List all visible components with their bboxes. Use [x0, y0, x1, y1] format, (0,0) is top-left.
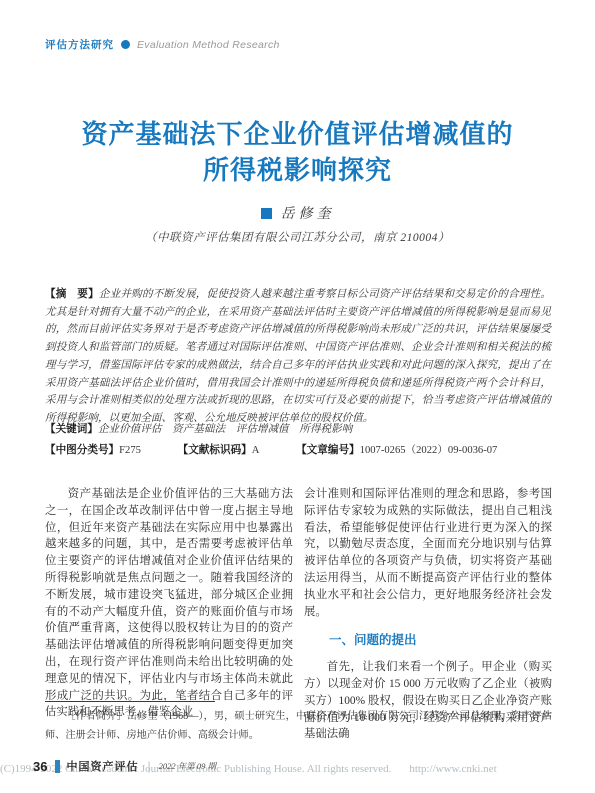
article-title: 资产基础法下企业价值评估增减值的 所得税影响探究: [0, 116, 595, 188]
left-paragraph-1: 资产基础法是企业价值评估的三大基础方法之一，在国企改革改制评估中曾一度占据主导地…: [45, 486, 293, 721]
article-id-value: 1007-0265（2022）09-0036-07: [360, 445, 498, 456]
clc-label: 【中图分类号】: [45, 444, 119, 456]
author-row: 岳修奎: [0, 203, 595, 223]
footer-bar-icon: [55, 760, 60, 773]
clc-group: 【中图分类号】F275: [45, 445, 141, 456]
article-title-line1: 资产基础法下企业价值评估增减值的: [0, 116, 595, 152]
keywords-text: 企业价值评估 资产基础法 评估增减值 所得税影响: [98, 424, 352, 435]
section-header: 评估方法研究 Evaluation Method Research: [45, 37, 280, 52]
footnote-block: ［作者简介］岳修奎（1968—），男，硕士研究生，中联资产评估集团有限公司江苏分…: [45, 701, 552, 745]
abstract-block: 【摘 要】企业并购的不断发展，促使投资人越来越注重考察目标公司资产评估结果和交易…: [45, 286, 551, 428]
body-column-left: 资产基础法是企业价值评估的三大基础方法之一，在国企改革改制评估中曾一度占据主导地…: [45, 486, 293, 721]
journal-name: 中国资产评估: [66, 758, 138, 774]
doc-code-label: 【文献标识码】: [178, 444, 252, 456]
article-id-group: 【文章编号】1007-0265（2022）09-0036-07: [296, 445, 497, 456]
page-footer: 36 中国资产评估 | 2022 年第 09 期: [33, 758, 216, 774]
article-title-line2: 所得税影响探究: [0, 152, 595, 188]
abstract-label: 【摘 要】: [45, 288, 99, 300]
footnote-text: ［作者简介］岳修奎（1968—），男，硕士研究生，中联资产评估集团有限公司江苏分…: [45, 708, 552, 745]
clc-value: F275: [119, 445, 141, 456]
right-paragraph-1: 会计准则和国际评估准则的理念和思路，参考国际评估专家较为成熟的实际做法，提出自己…: [304, 486, 552, 620]
doc-code-group: 【文献标识码】A: [178, 445, 260, 456]
keywords-row: 【关键词】企业价值评估 资产基础法 评估增减值 所得税影响: [45, 421, 551, 436]
doc-code-value: A: [252, 445, 260, 456]
watermark-url: http://www.cnki.net: [409, 763, 496, 775]
header-dot-icon: [121, 40, 130, 49]
author-square-icon: [261, 208, 272, 219]
journal-issue: 2022 年第 09 期: [159, 760, 216, 772]
abstract-text: 企业并购的不断发展，促使投资人越来越注重考察目标公司资产评估结果和交易定价的合理…: [45, 289, 551, 424]
classification-row: 【中图分类号】F275 【文献标识码】A 【文章编号】1007-0265（202…: [45, 442, 551, 457]
section-title-cn: 评估方法研究: [45, 37, 114, 52]
section-title-en: Evaluation Method Research: [137, 39, 280, 51]
page-number: 36: [33, 759, 47, 774]
footnote-divider: [45, 701, 215, 702]
paper-page: 评估方法研究 Evaluation Method Research 资产基础法下…: [0, 0, 595, 793]
section-heading-1: 一、问题的提出: [304, 632, 552, 649]
author-name: 岳修奎: [281, 207, 335, 222]
footer-separator: |: [147, 759, 150, 773]
article-id-label: 【文章编号】: [296, 444, 360, 456]
author-affiliation: （中联资产评估集团有限公司江苏分公司，南京 210004）: [0, 229, 595, 245]
keywords-label: 【关键词】: [45, 423, 98, 435]
